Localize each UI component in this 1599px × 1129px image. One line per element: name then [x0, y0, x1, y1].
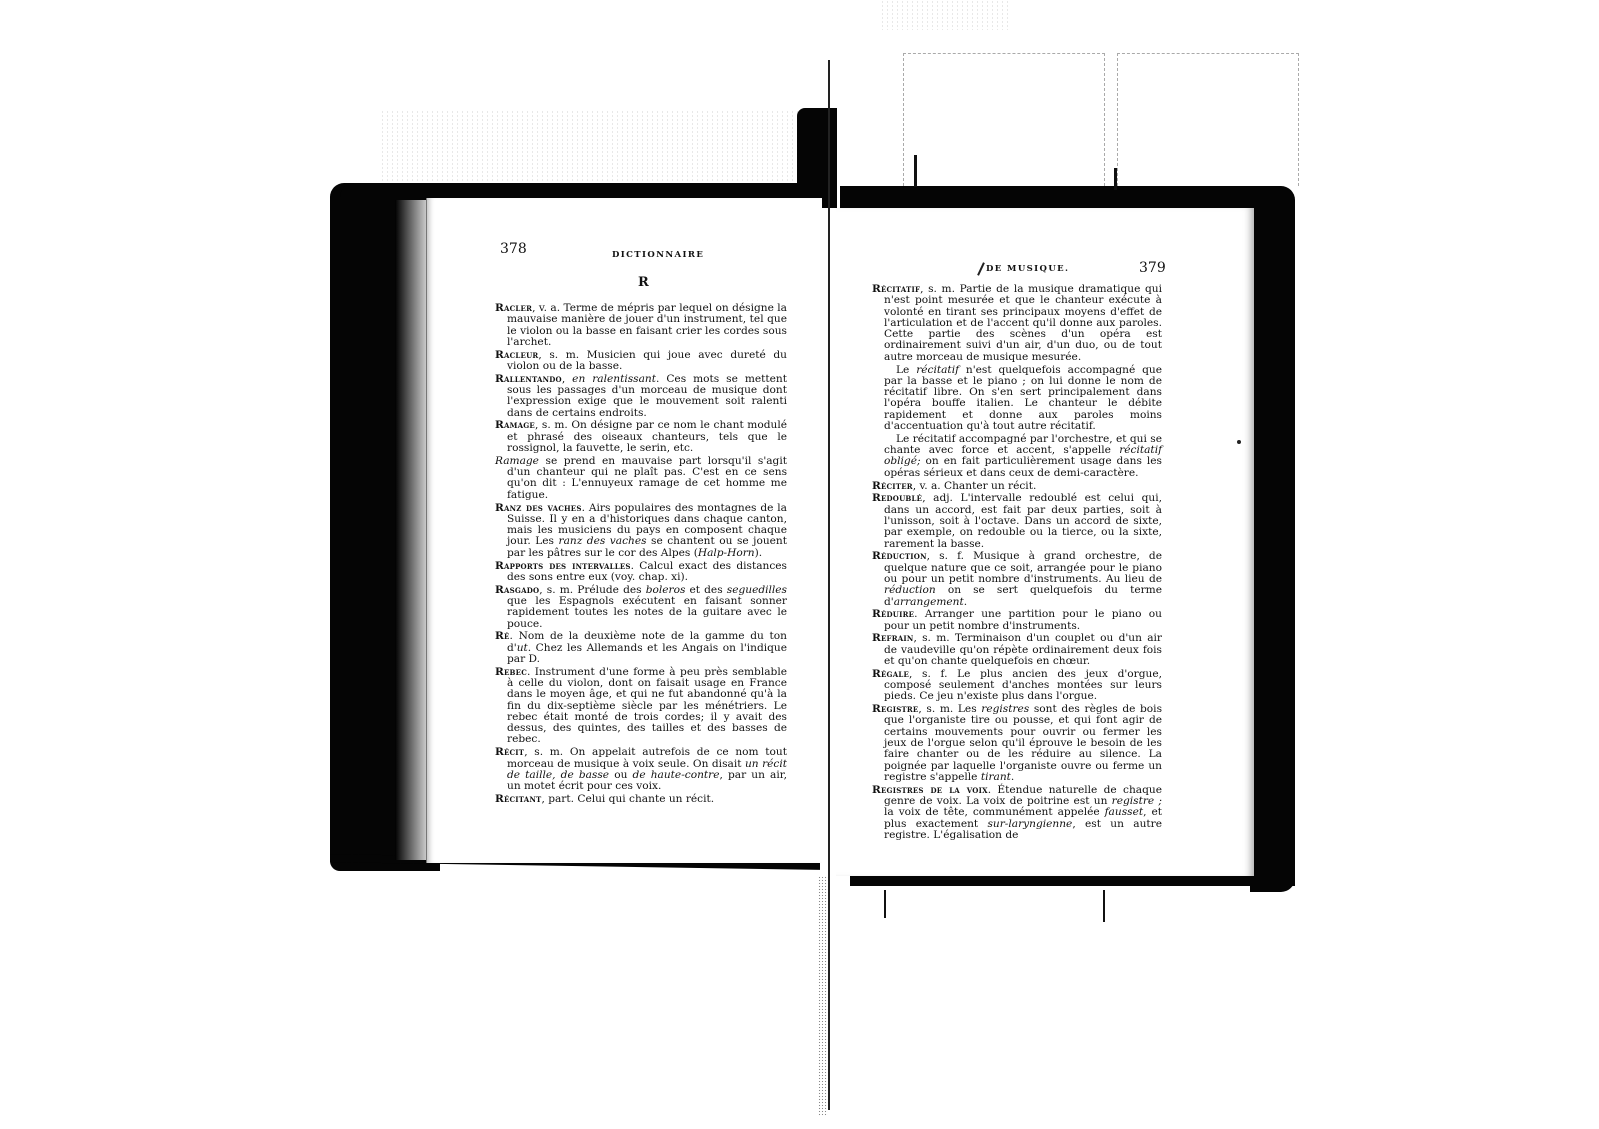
entry-text: , s. m. Les: [918, 703, 981, 715]
entry-italic: registres: [981, 703, 1029, 715]
entry-headword: Réduction: [872, 550, 927, 562]
entry-text: et des: [685, 584, 726, 596]
entry-headword: Registre: [872, 703, 918, 715]
paper-slip-right: [1117, 53, 1299, 186]
entry-text: que les Espagnols exécutent en faisant s…: [507, 595, 787, 630]
dictionary-entry: Régale, s. f. Le plus ancien des jeux d'…: [872, 669, 1162, 703]
entry-italic: réduction: [884, 584, 936, 596]
dictionary-entry: Rasgado, s. m. Prélude des boleros et de…: [495, 585, 787, 630]
entry-text: Le: [896, 364, 916, 376]
book-cover-right: [1250, 186, 1295, 892]
slip-tick-2: [1114, 168, 1117, 190]
dictionary-entry: Ramage, s. m. On désigne par ce nom le c…: [495, 420, 787, 454]
scan-noise-top-center: [880, 0, 1010, 30]
entry-headword: Régale: [872, 668, 909, 680]
entry-italic-lead: Ramage: [495, 455, 539, 467]
entry-text: se prend en mauvaise part lorsqu'il s'ag…: [507, 455, 787, 501]
entry-headword: Registres de la voix: [872, 784, 988, 796]
bottom-tick-2: [1103, 890, 1105, 922]
dictionary-entry: Registres de la voix. Étendue naturelle …: [872, 785, 1162, 841]
book-spine-block: [797, 108, 837, 208]
dictionary-entry: Ré. Nom de la deuxième note de la gamme …: [495, 631, 787, 665]
entry-paragraph: Le récitatif accompagné par l'orchestre,…: [884, 434, 1162, 479]
entry-text: , s. m. Musicien qui joue avec dureté du…: [507, 349, 787, 372]
left-running-head: DICTIONNAIRE: [612, 250, 704, 260]
entry-text: , v. a. Chanter un récit.: [913, 480, 1037, 492]
entry-italic: registre ;: [1112, 795, 1162, 807]
entry-headword: Rasgado: [495, 584, 539, 596]
entry-italic: arrangement: [894, 596, 964, 608]
dictionary-entry: Récitant, part. Celui qui chante un réci…: [495, 794, 787, 805]
right-running-head: DE MUSIQUE.: [986, 264, 1069, 274]
dictionary-entry: Réciter, v. a. Chanter un récit.: [872, 481, 1162, 492]
entry-headword: Rebec: [495, 666, 527, 678]
entry-headword: Récitatif: [872, 283, 920, 295]
gutter-shadow: [818, 876, 828, 1116]
book-cover-bottom-right: [850, 876, 1295, 886]
entry-text: .: [964, 596, 967, 608]
entry-italic: sur-laryngienne: [987, 818, 1072, 830]
entry-text: . Instrument d'une forme à peu près semb…: [507, 666, 787, 746]
scan-noise-top-left: [380, 110, 800, 190]
entry-text: . Arranger une partition pour le piano o…: [884, 608, 1162, 631]
dictionary-entry: Réduire. Arranger une partition pour le …: [872, 609, 1162, 632]
dictionary-entry: Réduction, s. f. Musique à grand orchest…: [872, 551, 1162, 607]
entry-headword: Récitant: [495, 793, 541, 805]
entry-headword: Ré: [495, 630, 510, 642]
entry-italic: ut: [517, 642, 528, 654]
dictionary-entry: Refrain, s. m. Terminaison d'un couplet …: [872, 633, 1162, 667]
right-page-column: Récitatif, s. m. Partie de la musique dr…: [872, 284, 1162, 843]
entry-italic: tirant: [981, 771, 1011, 783]
page-edge-left: [395, 200, 427, 860]
entry-headword: Racler: [495, 302, 532, 314]
entry-text: ).: [755, 547, 763, 559]
entry-headword: Redoublé: [872, 492, 922, 504]
entry-headword: Récit: [495, 746, 524, 758]
ink-dot: [1237, 440, 1241, 444]
book-cover-top-right: [840, 186, 1290, 208]
left-page-number: 378: [500, 241, 527, 257]
entry-text: .: [1011, 771, 1014, 783]
entry-text: , s. m. Partie de la musique dramatique …: [884, 283, 1162, 363]
entry-headword: Rapports des intervalles: [495, 560, 631, 572]
entry-headword: Rallentando: [495, 373, 562, 385]
dictionary-entry: Ramage se prend en mauvaise part lorsqu'…: [495, 456, 787, 501]
dictionary-entry: Rapports des intervalles. Calcul exact d…: [495, 561, 787, 584]
paper-slip-left: [903, 53, 1105, 186]
entry-text: , s. m. Prélude des: [539, 584, 645, 596]
entry-text: , s. m. On désigne par ce nom le chant m…: [507, 419, 787, 454]
entry-italic: récitatif: [916, 364, 959, 376]
entry-italic: Halp-Horn: [698, 547, 755, 559]
entry-headword: Ramage: [495, 419, 535, 431]
entry-italic: fausset: [1105, 806, 1143, 818]
section-letter: R: [638, 275, 649, 290]
entry-text: , s. m. Terminaison d'un couplet ou d'un…: [884, 632, 1162, 667]
entry-italic: de haute-contre: [633, 769, 720, 781]
dictionary-entry: Racleur, s. m. Musicien qui joue avec du…: [495, 350, 787, 373]
entry-text: la voix de tête, communément appelée: [884, 806, 1105, 818]
entry-text: , part. Celui qui chante un récit.: [541, 793, 714, 805]
entry-headword: Réciter: [872, 480, 913, 492]
entry-text: ou: [609, 769, 632, 781]
entry-text: , v. a. Terme de mépris par lequel on dé…: [507, 302, 787, 348]
dictionary-entry: Récit, s. m. On appelait autrefois de ce…: [495, 747, 787, 792]
dictionary-entry: Registre, s. m. Les registres sont des r…: [872, 704, 1162, 783]
right-page-number: 379: [1139, 260, 1166, 276]
dictionary-entry: Récitatif, s. m. Partie de la musique dr…: [872, 284, 1162, 363]
entry-paragraph: Le récitatif n'est quelquefois accompagn…: [884, 365, 1162, 433]
entry-text: , s. f. Musique à grand orchestre, de qu…: [884, 550, 1162, 585]
entry-text: , adj. L'intervalle redoublé est celui q…: [884, 492, 1162, 549]
entry-headword: Racleur: [495, 349, 538, 361]
entry-text: . Chez les Allemands et les Angais on l'…: [507, 642, 787, 665]
entry-italic: en ralentissant: [572, 373, 656, 385]
entry-text: , s. f. Le plus ancien des jeux d'orgue,…: [884, 668, 1162, 703]
entry-headword: Réduire: [872, 608, 914, 620]
entry-italic: seguedilles: [727, 584, 787, 596]
dictionary-entry: Rallentando, en ralentissant. Ces mots s…: [495, 374, 787, 419]
book-gutter: [828, 60, 830, 1110]
dictionary-entry: Racler, v. a. Terme de mépris par lequel…: [495, 303, 787, 348]
dictionary-entry: Rebec. Instrument d'une forme à peu près…: [495, 667, 787, 746]
entry-headword: Ranz des vaches: [495, 502, 582, 514]
entry-italic: boleros: [646, 584, 686, 596]
entry-headword: Refrain: [872, 632, 913, 644]
dictionary-entry: Redoublé, adj. L'intervalle redoublé est…: [872, 493, 1162, 549]
entry-italic: ranz des vaches: [559, 535, 647, 547]
entry-text: on en fait particulièrement usage dans l…: [884, 455, 1162, 478]
left-page-column: Racler, v. a. Terme de mépris par lequel…: [495, 303, 787, 807]
dictionary-entry: Ranz des vaches. Airs populaires des mon…: [495, 503, 787, 559]
entry-text: sont des règles de bois que l'organiste …: [884, 703, 1162, 783]
slip-tick-1: [914, 155, 917, 187]
bottom-tick-1: [884, 890, 886, 918]
